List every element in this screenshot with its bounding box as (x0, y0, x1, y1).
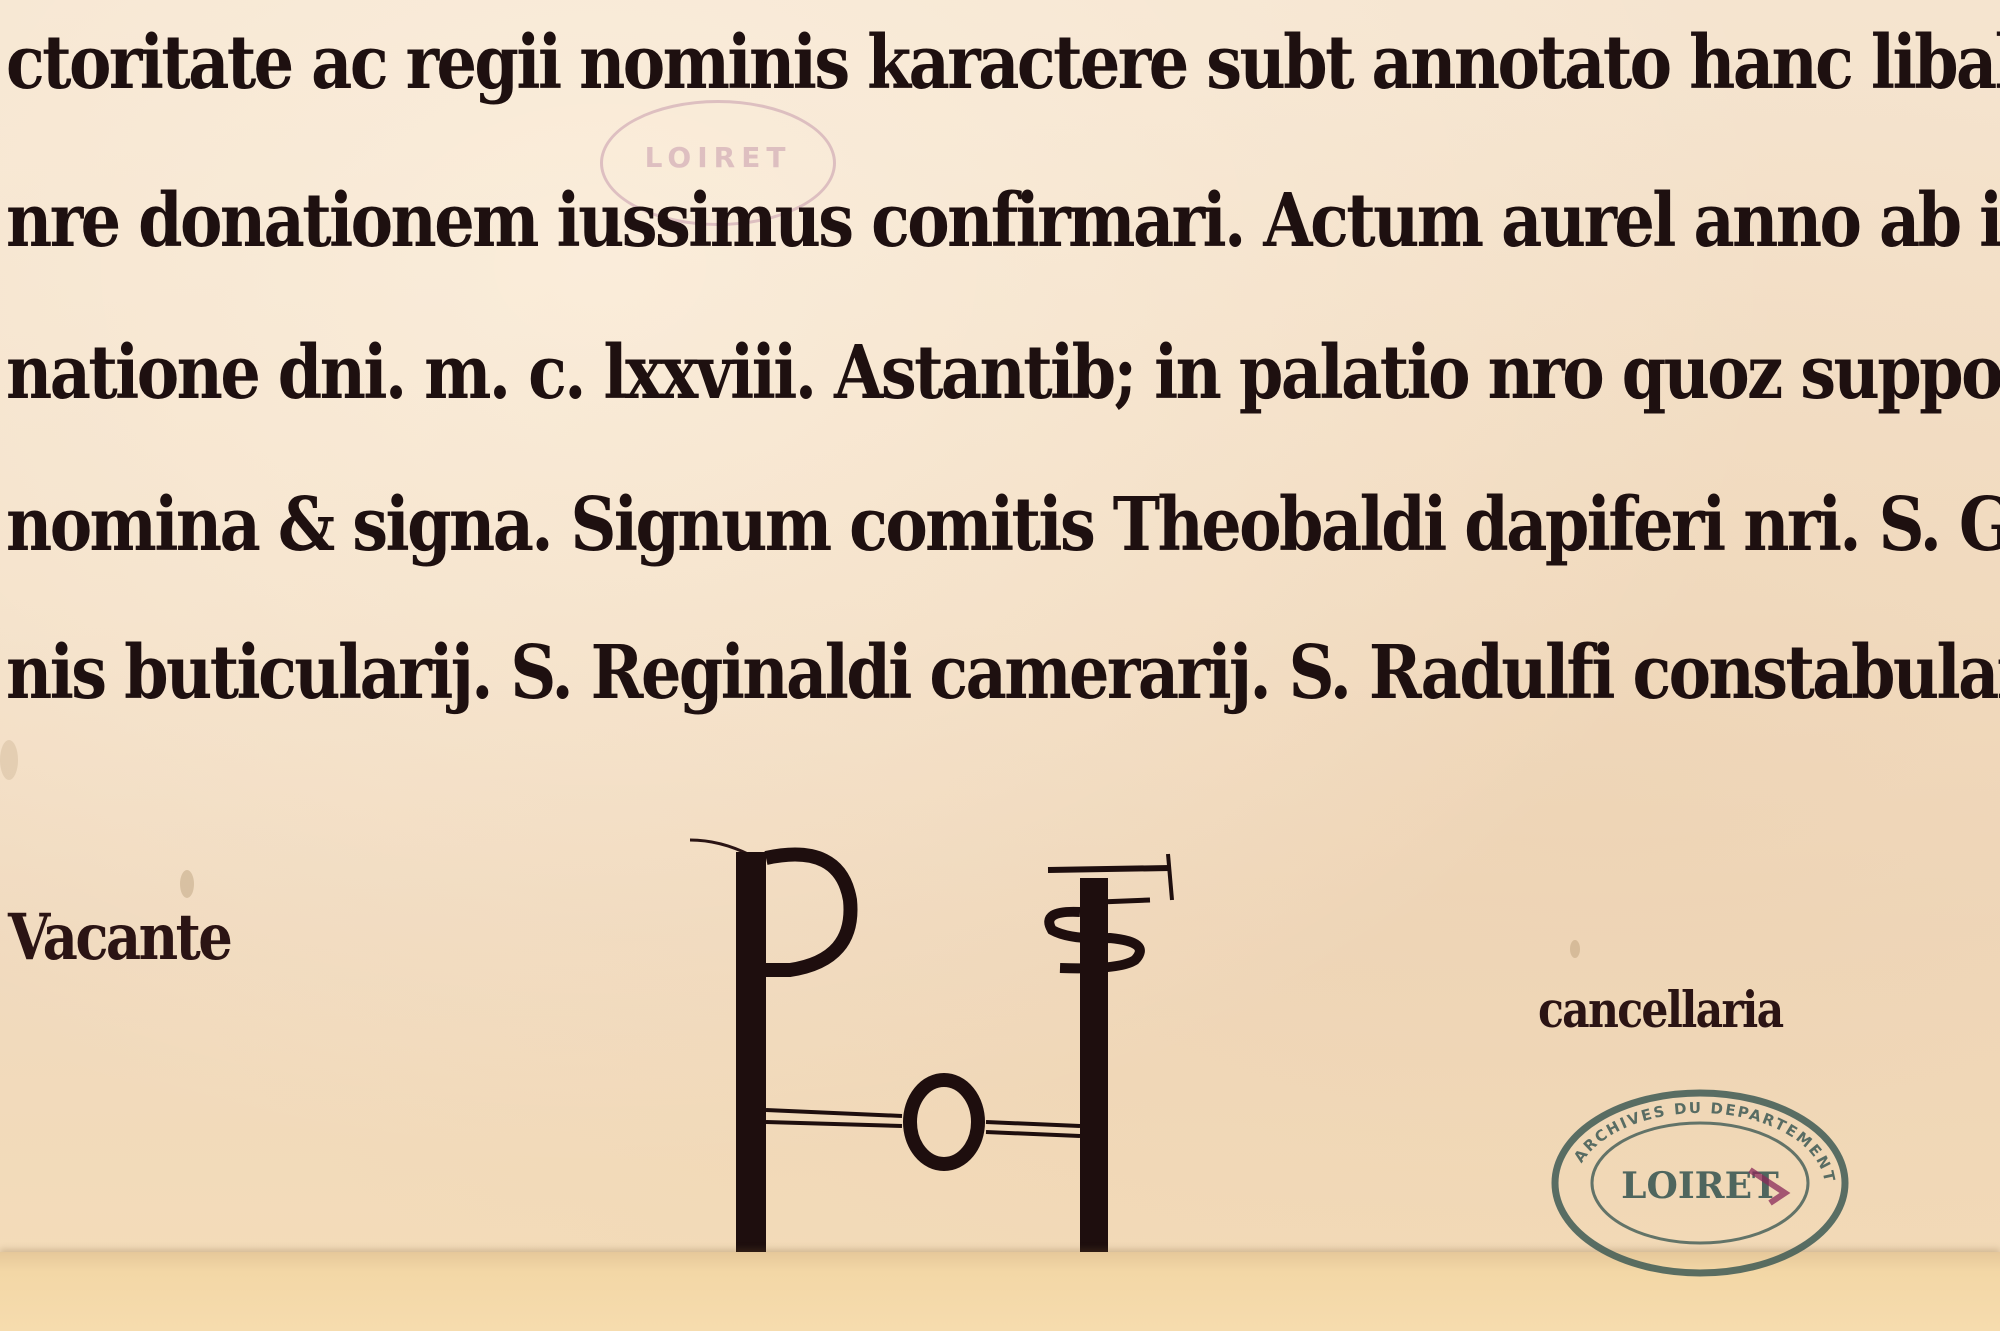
ink-stain (1570, 940, 1580, 958)
vacante-text: Vacante (8, 900, 230, 975)
edge-stain (0, 740, 18, 780)
ink-stain (180, 870, 194, 898)
archive-stamp-icon: ARCHIVES DU DEPARTEMENT LOIRET (1545, 1078, 1860, 1288)
charter-line-5: nis buticularij. S. Reginaldi camerarij.… (6, 630, 2000, 716)
charter-line-1: ctoritate ac regii nominis karactere sub… (6, 20, 2000, 106)
faint-stamp-text: LOIRET (603, 141, 833, 174)
charter-line-2: nre donationem iussimus confirmari. Actu… (6, 178, 2000, 264)
charter-line-4: nomina & signa. Signum comitis Theobaldi… (6, 482, 2000, 568)
cancellaria-text: cancellaria (1538, 980, 1782, 1039)
royal-monogram-icon (680, 820, 1220, 1270)
charter-line-3: natione dni. m. c. lxxviii. Astantib; in… (6, 330, 2000, 416)
